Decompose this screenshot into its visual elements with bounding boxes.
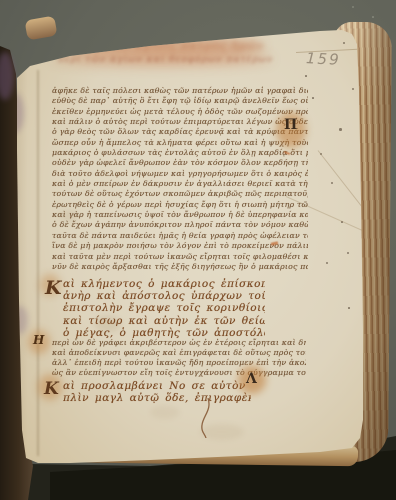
ink-speck	[305, 75, 307, 77]
gutter-crease	[37, 70, 39, 456]
text-line: ὁ δὲ ἔχων ἀγάπην ἀνυπόκριτον πληροῖ πάντ…	[52, 220, 308, 230]
text-line: οὐδὲν γὰρ ὠφελεῖ ἄνθρωπον ἐὰν τὸν κόσμον…	[52, 158, 308, 168]
text-line: ἀλλ᾽ ἐπειδὴ περὶ τούτου ἱκανῶς ἤδη προεί…	[52, 358, 306, 368]
text-line: ταῦτα δὲ πάντα παιδεύει ἡμᾶς ἡ θεία γραφ…	[52, 231, 308, 241]
text-block-4: αὶ προσλαμβάνει Νο σε αὐτὸν ἀπὸ τρόος, ἧ…	[63, 380, 251, 405]
text-line: εὐθὺς δὲ παρ᾽ αὐτῆς ὃ ἔτι ἔφη τῷ ἰδίῳ κα…	[52, 96, 308, 106]
marginal-letter-pi: Π	[284, 117, 297, 133]
text-line: ἵνα δὲ μὴ μακρὸν ποιήσω τὸν λόγον ἐπὶ τὸ…	[52, 241, 308, 251]
text-line: καὶ ἀποδείκνυσι φανερῶς καὶ ἐπιγράφεται …	[52, 348, 306, 358]
text-line: ἀφῆκε δὲ ταῖς πόλεσι καθὼς τῶν πατέρων ἡ…	[52, 86, 308, 96]
parchment-crease	[318, 150, 368, 214]
ink-speck	[326, 262, 328, 264]
text-line: ὁ γὰρ θεὸς τῶν ὅλων τὰς καρδίας ἐρευνᾷ κ…	[52, 127, 308, 137]
pen-flourish	[190, 398, 220, 438]
text-block-2: αὶ κλήμεντος ὁ μακάριος ἐπίσκοπος ῥώμηςἀ…	[63, 278, 265, 339]
marginal-letter-lambda: Λ	[246, 371, 257, 387]
ink-speck	[347, 252, 349, 254]
text-line: καὶ ταῦτα μὲν περὶ τούτων ἱκανῶς εἴρηται…	[52, 252, 308, 262]
text-line: καὶ γὰρ ἡ ταπείνωσις ὑψοῖ τὸν ἄνθρωπον ἡ…	[52, 210, 308, 220]
text-line: ὡς ἂν εὐεπίγνωστον εἴη τοῖς ἐντυγχάνουσι…	[52, 368, 306, 378]
text-line: τούτων δὲ οὕτως ἐχόντων σκοπῶμεν ἀκριβῶς…	[52, 189, 308, 199]
ink-speck	[343, 42, 345, 44]
ink-speck	[339, 128, 342, 131]
folio-number: 159	[306, 49, 342, 69]
text-line: διὰ τοῦτο ἀδελφοὶ νήψωμεν καὶ γρηγορήσωμ…	[52, 169, 308, 179]
initial-kappa-2: Κ	[44, 379, 59, 399]
foxing-stain	[150, 405, 180, 419]
text-line: αὶ κλήμεντος ὁ μακάριος ἐπίσκοπος ῥώμης	[63, 278, 265, 290]
text-line: αὶ προσλαμβάνει Νο σε αὐτὸν ἀπὸ τρόος, ἧ…	[63, 380, 251, 392]
text-line: περὶ ὧν δὲ γράφει ἀκριβέστερον ὡς ἐν ἑτέ…	[52, 338, 306, 348]
text-block-3: περὶ ὧν δὲ γράφει ἀκριβέστερον ὡς ἐν ἑτέ…	[52, 338, 306, 378]
ink-speck	[331, 182, 333, 184]
initial-eta: Η	[33, 333, 44, 347]
rubric-line-2: περὶ τῶν ἁγίων καὶ θεοφόρων πατέρων τῆς …	[58, 55, 273, 65]
ink-speck	[348, 307, 350, 309]
text-line: καὶ τίσωρ καὶ αὐτὴν ἐκ τῶν θείων γραφῶν	[63, 315, 265, 327]
text-line: πλὶν μαγλ αὐτῷ ὅδε, ἐπιγραφὲκ καὶ ὁ θεός	[63, 392, 251, 404]
text-line: καὶ ὁ μὲν σπείρων ἐν δάκρυσιν ἐν ἀγαλλιά…	[52, 179, 308, 189]
text-block-1: ἀφῆκε δὲ ταῖς πόλεσι καθὼς τῶν πατέρων ἡ…	[52, 86, 308, 272]
text-line: ἐρωτηθεὶς δὲ ὁ γέρων περὶ ἡσυχίας ἔφη ὅτ…	[52, 200, 308, 210]
text-line: νῦν δὲ καιρὸς ἄρξασθαι τῆς ἑξῆς διηγήσεω…	[52, 262, 308, 272]
text-line: ὥσπερ οὖν ἡ ἄμπελος τὰ κλήματα φέρει οὕτ…	[52, 138, 308, 148]
ink-speck	[352, 88, 354, 90]
text-line: καὶ πάλιν ὁ αὐτὸς περὶ τούτων ἐπιμαρτύρε…	[52, 117, 308, 127]
text-line: ἀνὴρ καὶ ἀπόστολος ὑπάρχων τοῦ κυρίου	[63, 290, 265, 302]
parchment-page: † τοῦ ἐν ἁγίοις πατρὸς ἡμῶν ὁμιλίαι ἐκλε…	[0, 0, 396, 500]
backdrop-speck	[372, 16, 374, 18]
initial-kappa-1: Κ	[45, 277, 62, 299]
backdrop-speck	[352, 6, 354, 8]
text-line: ἐπιστολὴν ἔγραψε τοῖς κορινθίοις θαυμασί…	[63, 302, 265, 314]
text-line: ἐκεῖθεν ἑρμηνεύει ὡς μετὰ τέλους ἡ ὁδὸς …	[52, 107, 308, 117]
text-line: μακάριος ὁ φυλάσσων τὰς ἐντολὰς αὐτοῦ ἐν…	[52, 148, 308, 158]
ink-speck	[312, 97, 314, 99]
